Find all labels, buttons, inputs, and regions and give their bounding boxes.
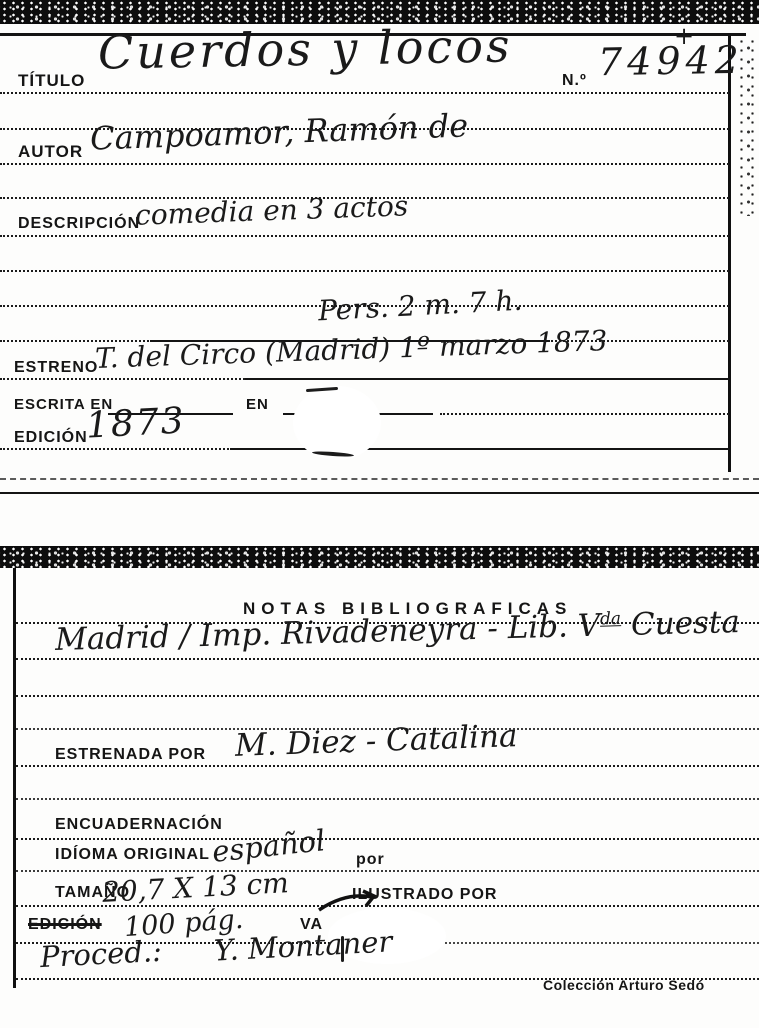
autor-value: Campoamor, Ramón de <box>90 109 469 154</box>
ruled-line <box>16 658 759 660</box>
proced-label: Proced.: <box>39 937 162 972</box>
catalog-card-scan: TÍTULO N.º AUTOR DESCRIPCIÓN ESTRENO ESC… <box>0 0 759 1028</box>
en-label: EN <box>246 396 269 413</box>
ruled-line-solid <box>245 378 729 380</box>
encuadernacion-label: ENCUADERNACIÓN <box>55 816 223 834</box>
notas-value-sup: da <box>600 609 622 630</box>
estrenada-por-value: M. Diez - Catalina <box>235 721 518 762</box>
tamano-value: 20,7 X 13 cm <box>101 869 289 907</box>
card2-left-border <box>13 568 16 988</box>
ruled-line <box>16 765 759 767</box>
notas-value-part2: Cuesta <box>621 604 741 643</box>
personajes-value: Pers. 2 m. 7 h. <box>317 287 523 326</box>
por-label: por <box>356 851 385 869</box>
arrow-mark <box>316 888 382 919</box>
coleccion-label: Colección Arturo Sedó <box>543 977 705 993</box>
blob-smudge <box>341 936 344 962</box>
texture-strip-bottom <box>0 546 759 568</box>
card-right-border <box>728 36 731 472</box>
ruled-line <box>0 270 729 272</box>
ruled-line <box>0 235 729 237</box>
ruled-line <box>445 942 759 944</box>
notas-value: Madrid / Imp. Rivadeneyra - Lib. Vda Cue… <box>55 607 741 656</box>
edicion-label: EDICIÓN <box>14 429 88 447</box>
ruled-line <box>16 798 759 800</box>
estrenada-por-label: ESTRENADA POR <box>55 746 206 764</box>
ruled-line <box>0 163 729 165</box>
ruled-line <box>16 870 759 872</box>
ruled-line <box>440 413 729 415</box>
card-bottom-border <box>0 492 759 494</box>
descripcion-label: DESCRIPCIÓN <box>18 215 140 233</box>
ruled-line <box>0 92 729 94</box>
estreno-label: ESTRENO <box>14 359 98 377</box>
numero-label: N.º <box>562 72 587 90</box>
ruled-line-dashed <box>0 478 759 480</box>
numero-value: 74942 <box>598 41 745 82</box>
idioma-value: español <box>211 826 327 867</box>
estreno-value: T. del Circo (Madrid) 1º marzo 1873 <box>95 327 608 373</box>
notas-value-part1: Madrid / Imp. Rivadeneyra - Lib. V <box>55 608 601 658</box>
autor-label: AUTOR <box>18 142 83 162</box>
titulo-label: TÍTULO <box>18 71 85 91</box>
ruled-line <box>16 695 759 697</box>
descripcion-value: comedia en 3 actos <box>135 192 409 230</box>
ruled-line <box>16 838 759 840</box>
idioma-original-label: IDÍOMA ORIGINAL <box>55 846 210 864</box>
edicion2-label: EDICIÓN <box>28 916 102 934</box>
correction-blob <box>293 386 381 460</box>
edicion-value: 1873 <box>85 403 186 444</box>
titulo-value: Cuerdos y locos <box>98 22 513 75</box>
